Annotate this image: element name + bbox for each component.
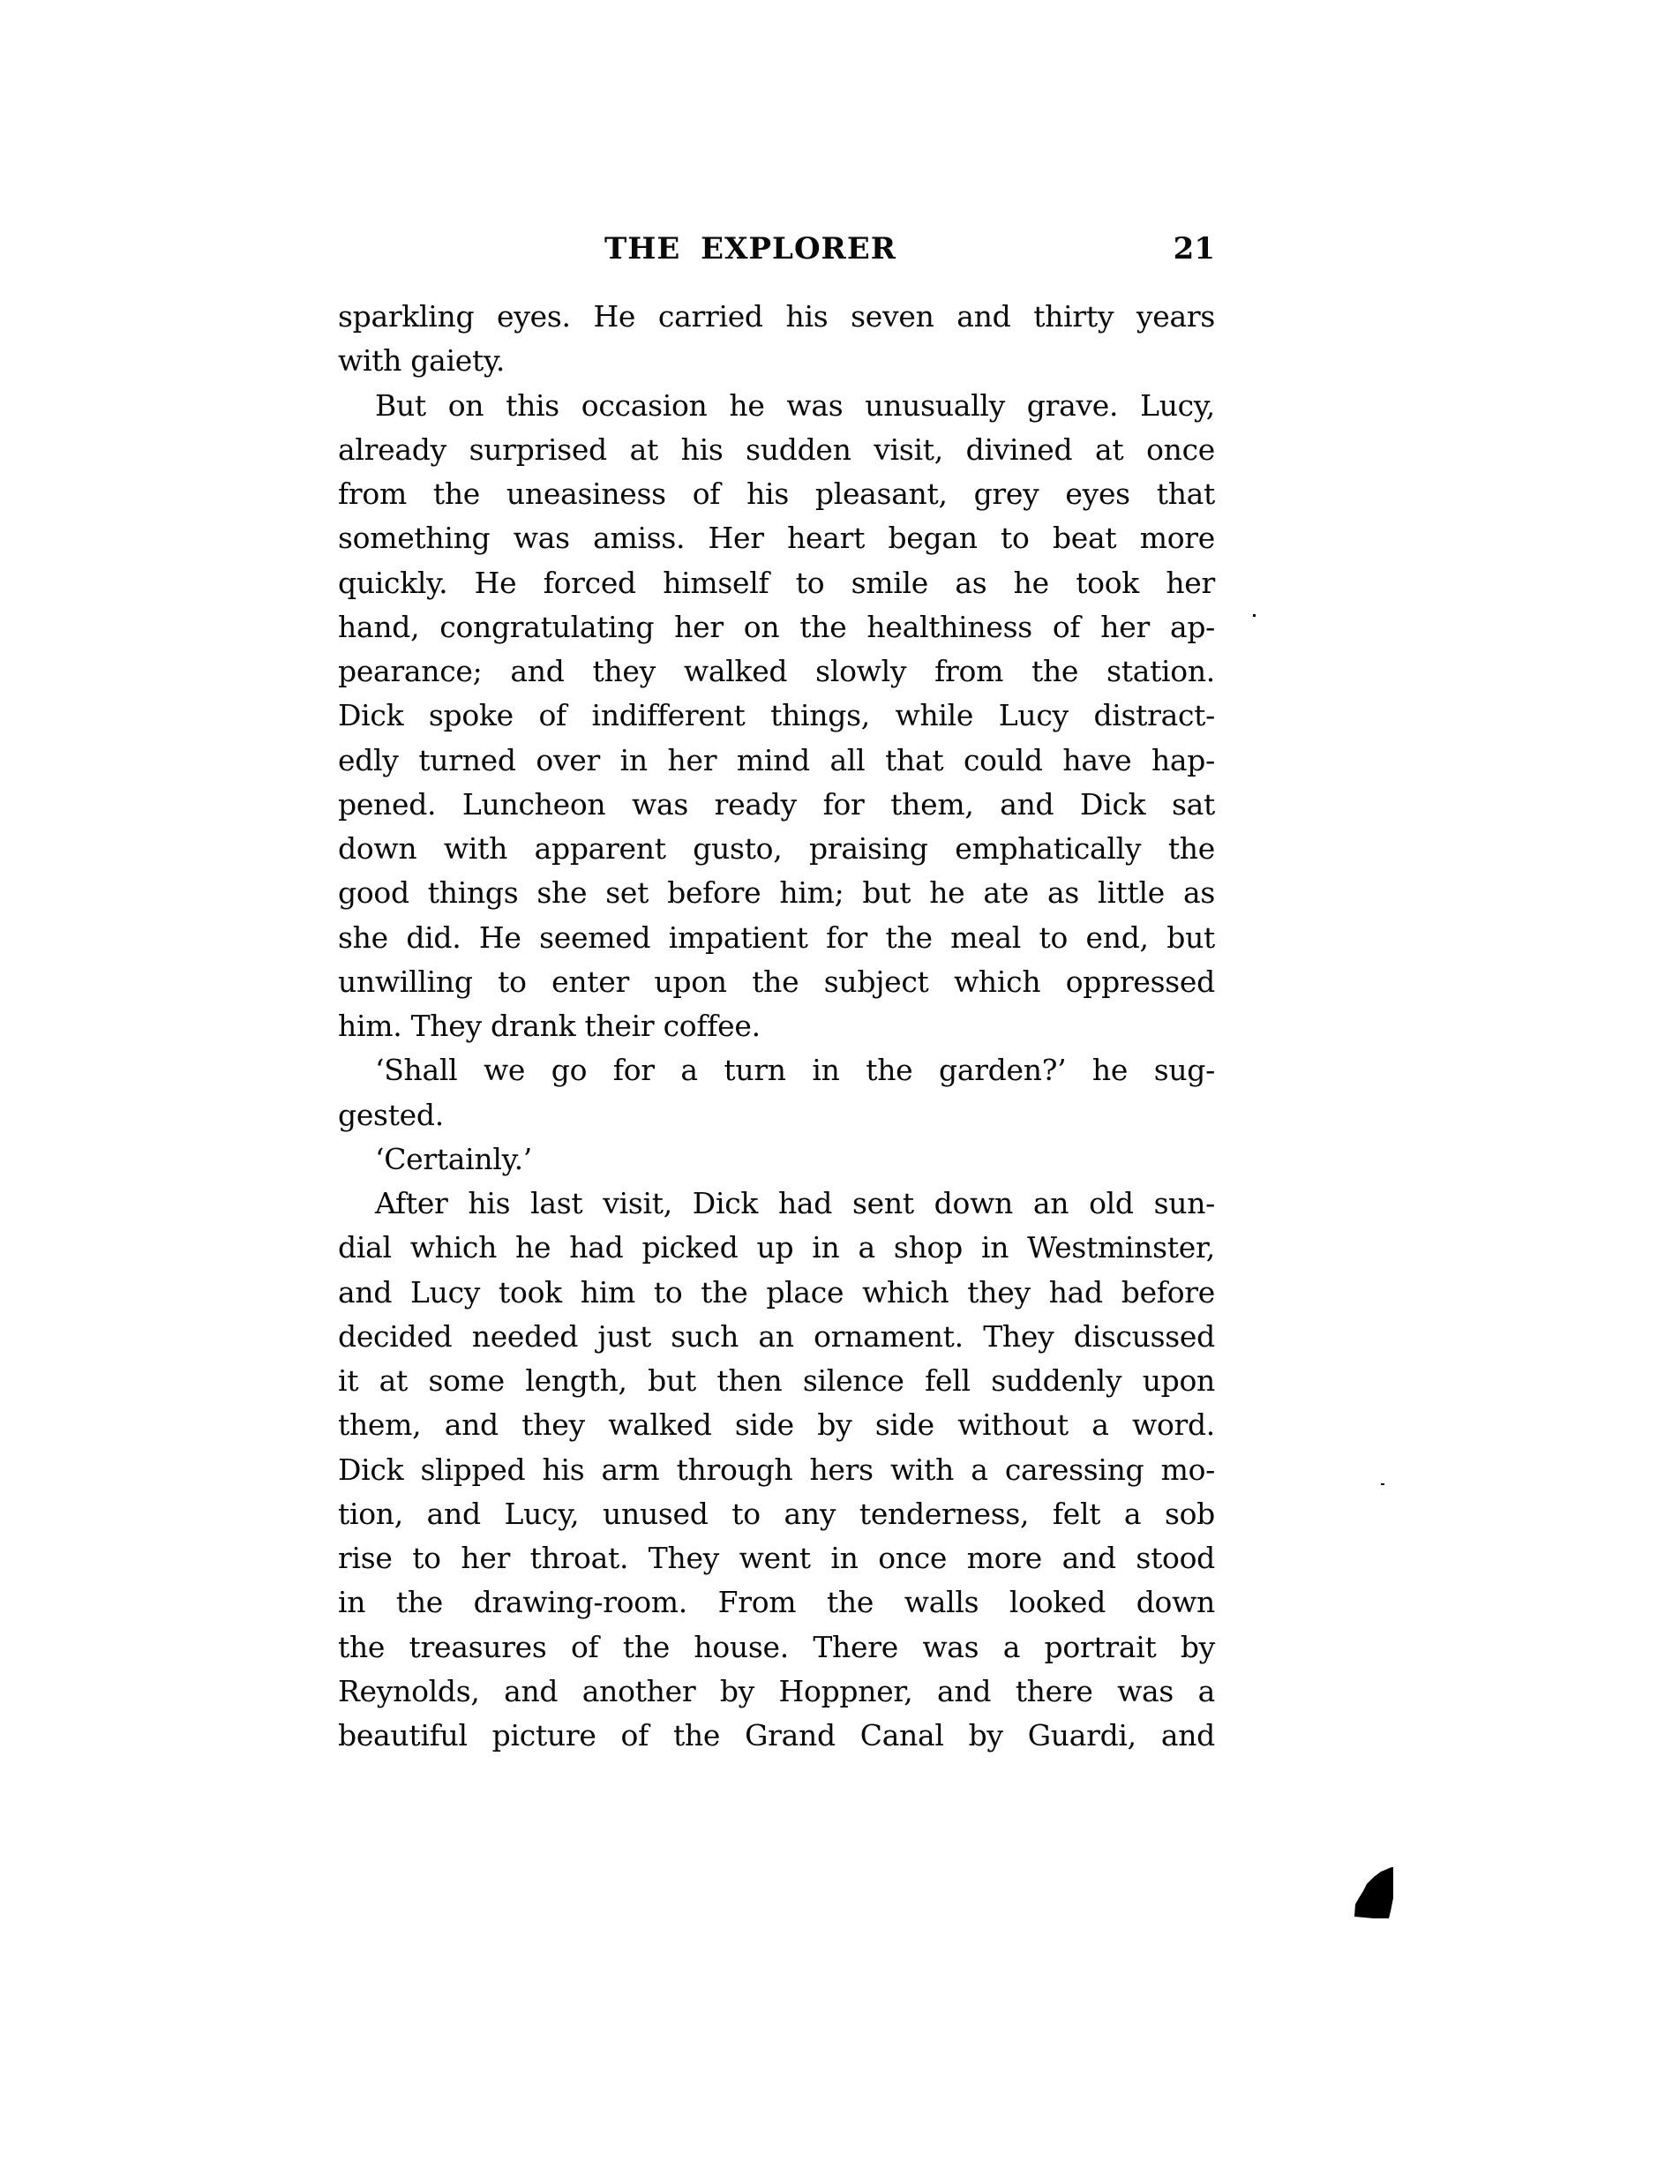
running-title: THE EXPLORER <box>604 231 896 266</box>
text-line: good things she set before him; but he a… <box>338 871 1215 915</box>
scan-speck <box>1253 614 1256 617</box>
text-line: decided needed just such an ornament. Th… <box>338 1315 1215 1359</box>
text-line: But on this occasion he was unusually gr… <box>338 384 1215 428</box>
text-line: tion, and Lucy, unused to any tenderness… <box>338 1492 1215 1536</box>
text-line: dial which he had picked up in a shop in… <box>338 1226 1215 1270</box>
text-line: ‘Certainly.’ <box>338 1137 1215 1182</box>
text-line: ‘Shall we go for a turn in the garden?’ … <box>338 1048 1215 1092</box>
text-line: Dick spoke of indifferent things, while … <box>338 694 1215 738</box>
text-line: quickly. He forced himself to smile as h… <box>338 561 1215 605</box>
text-line: him. They drank their coffee. <box>338 1004 1215 1048</box>
text-line: something was amiss. Her heart began to … <box>338 516 1215 560</box>
text-line: and Lucy took him to the place which the… <box>338 1271 1215 1315</box>
text-line: rise to her throat. They went in once mo… <box>338 1536 1215 1580</box>
body-text: sparkling eyes. He carried his seven and… <box>338 295 1215 1758</box>
text-line: pearance; and they walked slowly from th… <box>338 649 1215 694</box>
text-line: the treasures of the house. There was a … <box>338 1625 1215 1670</box>
scan-smudge <box>1354 1867 1393 1918</box>
page-number: 21 <box>1174 231 1215 266</box>
text-line: hand, congratulating her on the healthin… <box>338 605 1215 649</box>
text-line: down with apparent gusto, praising empha… <box>338 827 1215 871</box>
text-line: Reynolds, and another by Hoppner, and th… <box>338 1670 1215 1714</box>
text-line: edly turned over in her mind all that co… <box>338 739 1215 783</box>
text-line: she did. He seemed impatient for the mea… <box>338 916 1215 960</box>
text-line: it at some length, but then silence fell… <box>338 1359 1215 1403</box>
page-header: THE EXPLORER 21 <box>338 231 1215 266</box>
text-line: gested. <box>338 1093 1215 1137</box>
text-line: with gaiety. <box>338 339 1215 383</box>
text-line: in the drawing-room. From the walls look… <box>338 1580 1215 1625</box>
text-line: beautiful picture of the Grand Canal by … <box>338 1714 1215 1758</box>
text-line: sparkling eyes. He carried his seven and… <box>338 295 1215 339</box>
text-line: pened. Luncheon was ready for them, and … <box>338 783 1215 827</box>
text-line: from the uneasiness of his pleasant, gre… <box>338 472 1215 516</box>
text-line: already surprised at his sudden visit, d… <box>338 428 1215 472</box>
text-line: Dick slipped his arm through hers with a… <box>338 1448 1215 1492</box>
scan-speck <box>1381 1483 1384 1485</box>
text-line: unwilling to enter upon the subject whic… <box>338 960 1215 1004</box>
text-line: them, and they walked side by side witho… <box>338 1403 1215 1447</box>
text-line: After his last visit, Dick had sent down… <box>338 1182 1215 1226</box>
